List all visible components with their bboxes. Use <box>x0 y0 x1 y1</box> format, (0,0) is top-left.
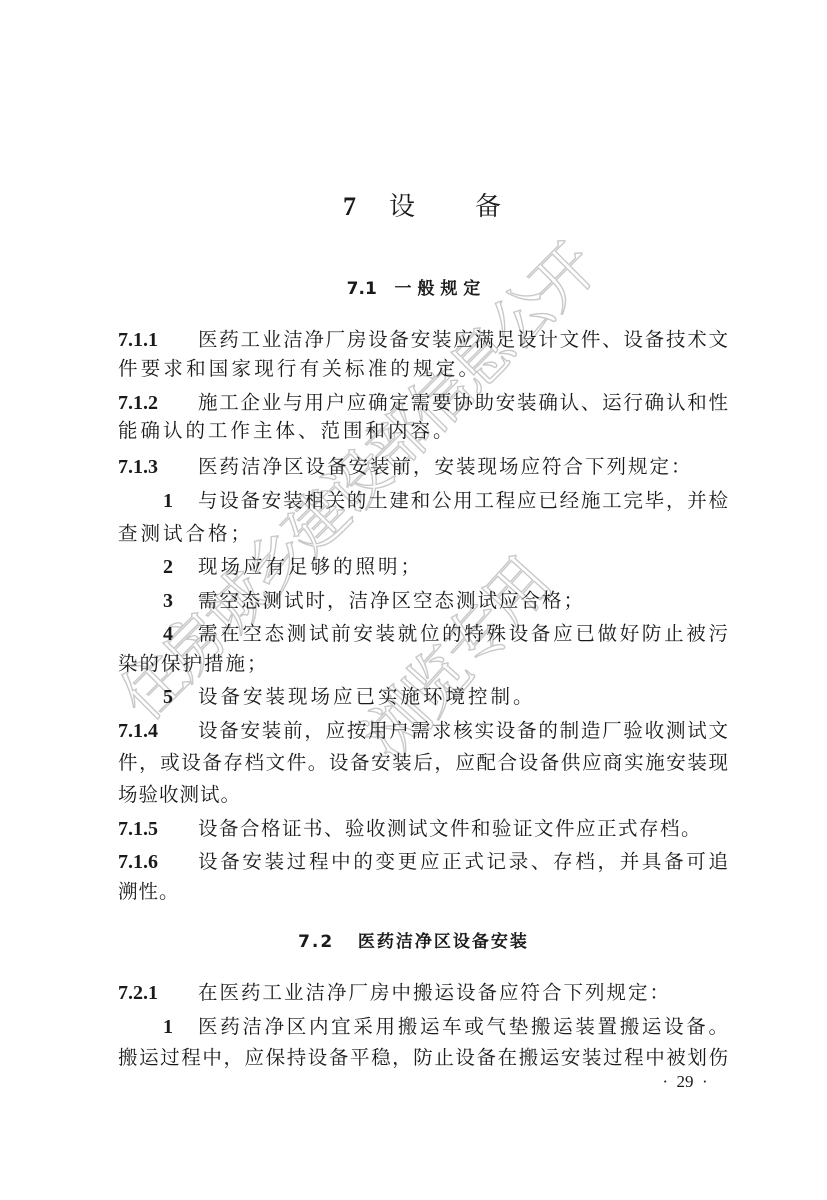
clause-number: 7.1.2 <box>118 388 158 418</box>
clause-text: 在医药工业洁净厂房中搬运设备应符合下列规定： <box>198 978 671 1008</box>
clause-text: 医药工业洁净厂房设备安装应满足设计文件、设备技术文 <box>198 325 728 355</box>
item-text: 设备安装现场应已实施环境控制。 <box>198 682 536 712</box>
item-text: 搬运过程中，应保持设备平稳，防止设备在搬运安装过程中被划伤 <box>118 1043 728 1073</box>
item-number: 3 <box>163 586 173 616</box>
clause-7-1-4: 7.1.4 设备安装前，应按用户需求核实设备的制造厂验收测试文 <box>118 716 728 746</box>
list-item-3: 3 需空态测试时，洁净区空态测试应合格； <box>118 586 728 616</box>
item-text: 医药洁净区内宜采用搬运车或气垫搬运装置搬运设备。 <box>198 1012 728 1042</box>
list-item-1: 1 与设备安装相关的土建和公用工程应已经施工完毕，并检 <box>118 486 728 516</box>
document-page: 住房城乡建设部信息公开 浏览专用 7 设 备 7.1 一 般 规 定 7.1.1… <box>0 0 827 1200</box>
clause-number: 7.1.6 <box>118 847 158 877</box>
clause-7-1-1: 7.1.1 医药工业洁净厂房设备安装应满足设计文件、设备技术文 <box>118 325 728 355</box>
list-item-5: 5 设备安装现场应已实施环境控制。 <box>118 682 728 712</box>
item-text: 现场应有足够的照明； <box>198 552 423 582</box>
clause-7-1-6: 7.1.6 设备安装过程中的变更应正式记录、存档，并具备可追 <box>118 847 728 877</box>
chapter-title: 7 设 备 <box>0 190 827 224</box>
section-heading-7-2: 7.2 医药洁净区设备安装 <box>0 929 827 955</box>
item-text: 需空态测试时，洁净区空态测试应合格； <box>198 586 585 616</box>
clause-number: 7.1.5 <box>118 814 158 844</box>
clause-text: 医药洁净区设备安装前，安装现场应符合下列规定： <box>198 452 693 482</box>
clause-7-1-4-continued-1: 件，或设备存档文件。设备安装后，应配合设备供应商实施安装现 <box>118 748 728 778</box>
list-item-1: 1 医药洁净区内宜采用搬运车或气垫搬运装置搬运设备。 <box>118 1012 728 1042</box>
clause-7-1-1-continued: 件要求和国家现行有关标准的规定。 <box>118 354 728 384</box>
item-number: 1 <box>163 1012 173 1042</box>
clause-text: 设备合格证书、验收测试文件和验证文件应正式存档。 <box>198 814 702 844</box>
clause-7-1-2-continued: 能确认的工作主体、范围和内容。 <box>118 416 728 446</box>
clause-text: 溯性。 <box>118 877 180 907</box>
clause-7-1-3: 7.1.3 医药洁净区设备安装前，安装现场应符合下列规定： <box>118 452 728 482</box>
list-item-1-continued: 查测试合格； <box>118 519 728 549</box>
clause-text: 施工企业与用户应确定需要协助安装确认、运行确认和性 <box>198 388 728 418</box>
clause-7-1-5: 7.1.5 设备合格证书、验收测试文件和验证文件应正式存档。 <box>118 814 728 844</box>
item-number: 5 <box>163 682 173 712</box>
clause-number: 7.1.3 <box>118 452 158 482</box>
clause-7-1-2: 7.1.2 施工企业与用户应确定需要协助安装确认、运行确认和性 <box>118 388 728 418</box>
clause-text: 件，或设备存档文件。设备安装后，应配合设备供应商实施安装现 <box>118 748 728 778</box>
list-item-4-continued: 染的保护措施； <box>118 649 728 679</box>
clause-number: 7.1.1 <box>118 325 158 355</box>
item-text: 染的保护措施； <box>118 649 269 679</box>
item-text: 与设备安装相关的土建和公用工程应已经施工完毕，并检 <box>198 486 728 516</box>
clause-text: 件要求和国家现行有关标准的规定。 <box>118 354 481 384</box>
clause-7-1-6-continued: 溯性。 <box>118 877 728 907</box>
clause-text: 能确认的工作主体、范围和内容。 <box>118 416 456 446</box>
page-number: · 29 · <box>655 1070 715 1094</box>
clause-7-1-4-continued-2: 场验收测试。 <box>118 780 728 810</box>
chapter-number: 7 <box>343 190 356 224</box>
item-text: 需在空态测试前安装就位的特殊设备应已做好防止被污 <box>198 619 728 649</box>
item-number: 2 <box>163 552 173 582</box>
section-heading-7-1: 7.1 一 般 规 定 <box>0 276 827 302</box>
item-number: 4 <box>163 619 173 649</box>
clause-7-2-1: 7.2.1 在医药工业洁净厂房中搬运设备应符合下列规定： <box>118 978 728 1008</box>
clause-number: 7.1.4 <box>118 716 158 746</box>
item-text: 查测试合格； <box>118 519 253 549</box>
list-item-4: 4 需在空态测试前安装就位的特殊设备应已做好防止被污 <box>118 619 728 649</box>
clause-text: 设备安装过程中的变更应正式记录、存档，并具备可追 <box>198 847 728 877</box>
clause-text: 场验收测试。 <box>118 780 241 810</box>
item-number: 1 <box>163 486 173 516</box>
list-item-2: 2 现场应有足够的照明； <box>118 552 728 582</box>
list-item-1-continued: 搬运过程中，应保持设备平稳，防止设备在搬运安装过程中被划伤 <box>118 1043 728 1073</box>
clause-text: 设备安装前，应按用户需求核实设备的制造厂验收测试文 <box>198 716 728 746</box>
chapter-title-char-1: 设 <box>389 190 415 224</box>
chapter-title-char-2: 备 <box>475 190 501 224</box>
clause-number: 7.2.1 <box>118 978 158 1008</box>
